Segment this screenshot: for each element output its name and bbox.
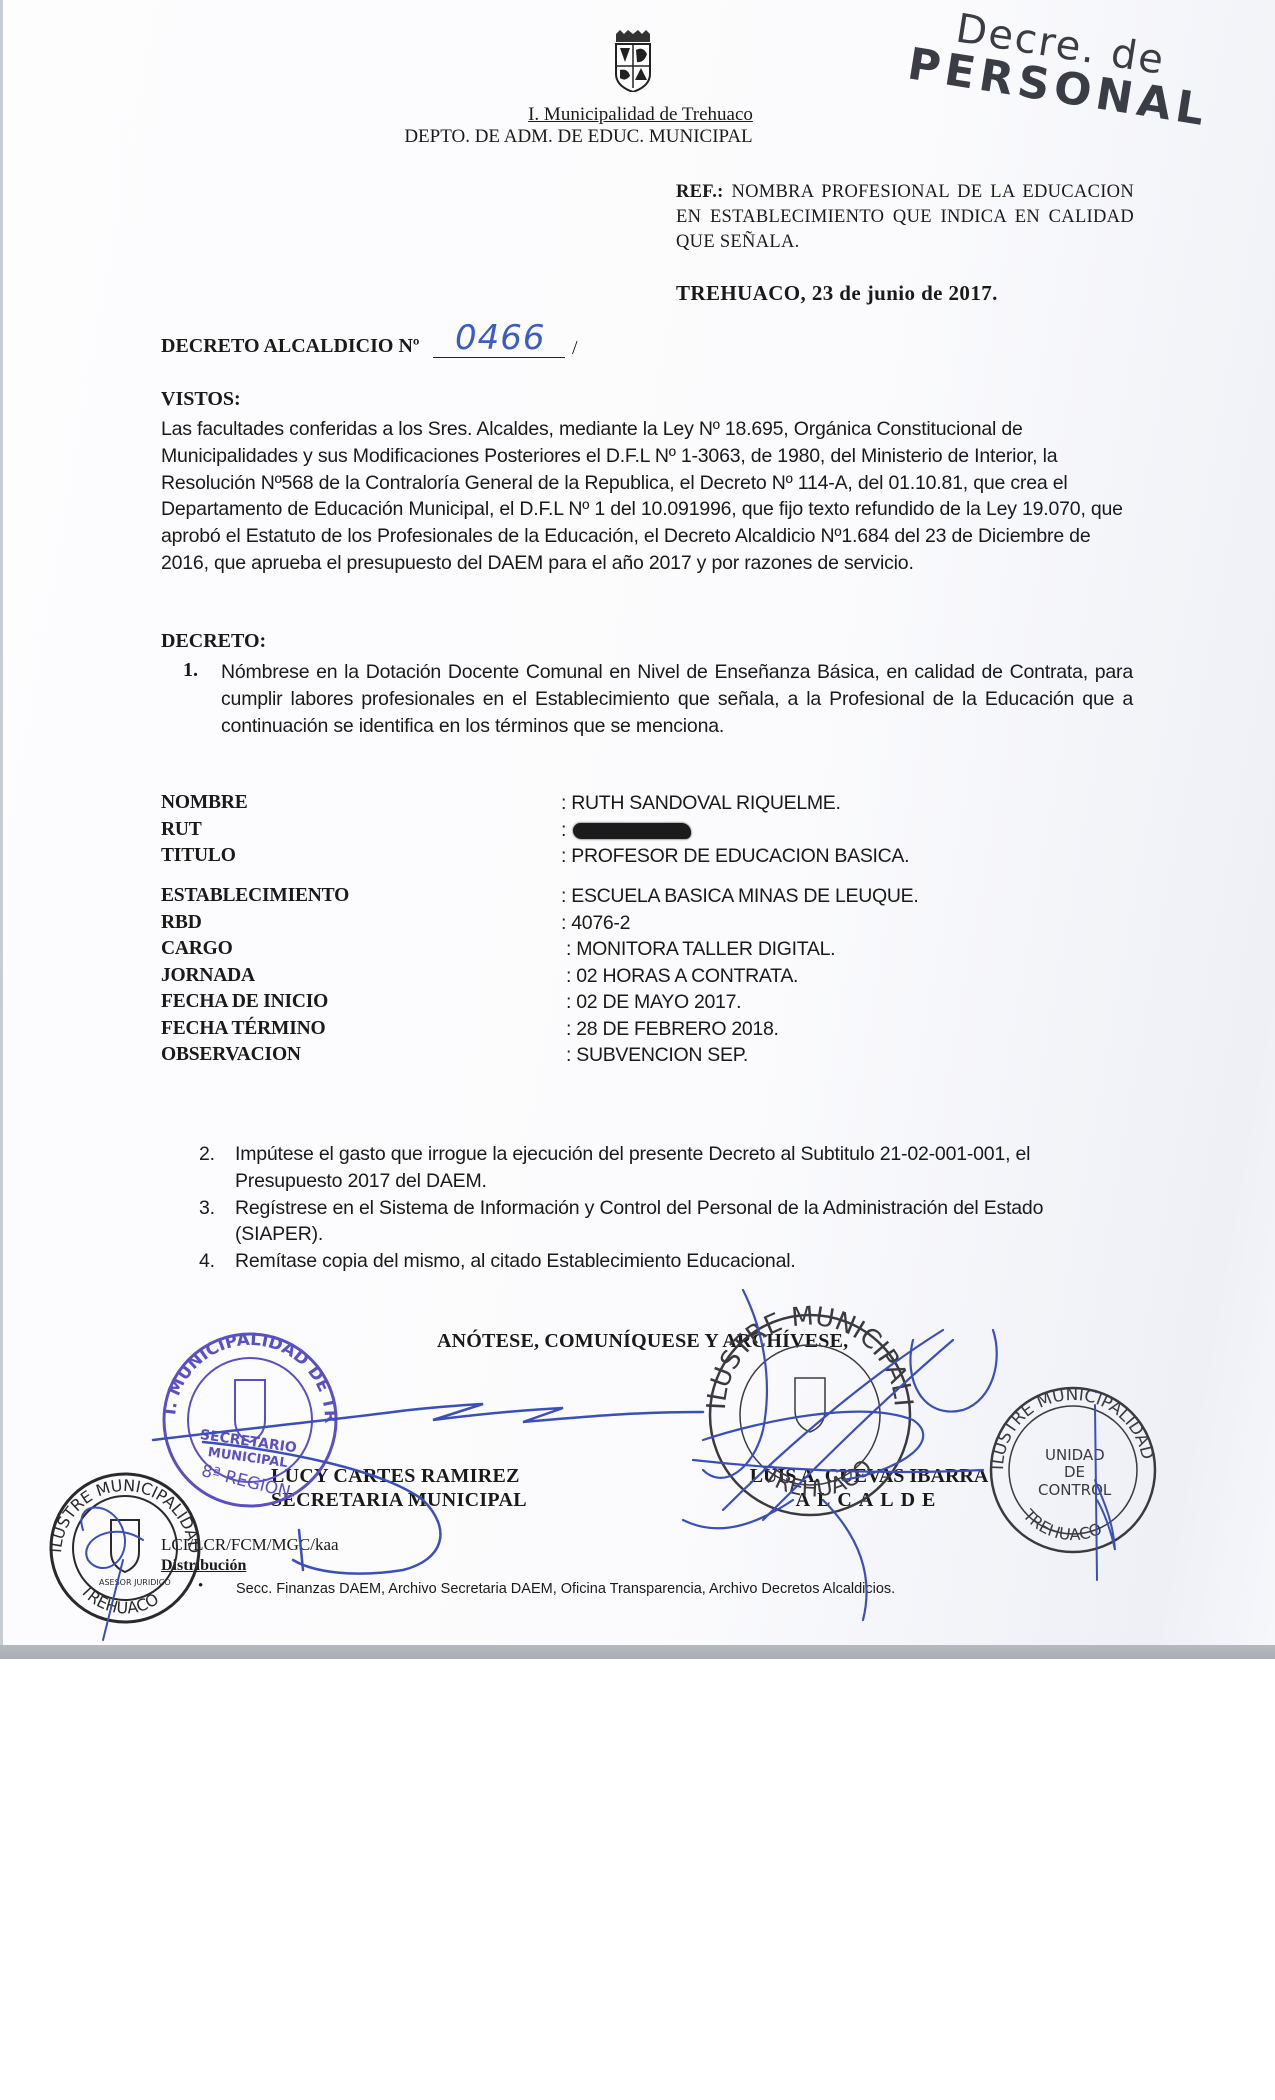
field-value: : MONITORA TALLER DIGITAL. <box>566 938 835 961</box>
field-label: RBD <box>161 912 202 934</box>
svg-text:CONTROL: CONTROL <box>1038 1481 1112 1499</box>
field-value: : SUBVENCION SEP. <box>566 1044 748 1067</box>
field-label: OBSERVACION <box>161 1044 301 1066</box>
decreto-item-text: Nómbrese en la Dotación Docente Comunal … <box>221 659 1133 739</box>
vistos-heading: VISTOS: <box>161 388 241 411</box>
decree-item: 2.Impútese el gasto que irrogue la ejecu… <box>199 1141 1134 1195</box>
field-label: CARGO <box>161 938 233 960</box>
decree-number-suffix: / <box>572 337 578 360</box>
decree-item-text: Remítase copia del mismo, al citado Esta… <box>235 1250 796 1272</box>
document-page: I. Municipalidad de Trehuaco DEPTO. DE A… <box>0 0 1275 1645</box>
svg-text:UNIDAD: UNIDAD <box>1045 1446 1105 1464</box>
field-value: : 02 HORAS A CONTRATA. <box>566 965 798 988</box>
distribution-bullet: • <box>198 1578 203 1595</box>
reference-label: REF.: <box>676 182 724 202</box>
field-row: JORNADA: 02 HORAS A CONTRATA. <box>161 965 1061 991</box>
field-row: CARGO: MONITORA TALLER DIGITAL. <box>161 938 1061 964</box>
field-row: ESTABLECIMIENTO: ESCUELA BASICA MINAS DE… <box>161 885 1061 911</box>
decree-items-list: 2.Impútese el gasto que irrogue la ejecu… <box>199 1141 1134 1275</box>
field-row: NOMBRE: RUTH SANDOVAL RIQUELME. <box>161 792 1061 818</box>
mayor-name: LUIS A. CUEVAS IBARRA <box>743 1464 995 1488</box>
closing-formula: ANÓTESE, COMUNÍQUESE Y ARCHÍVESE, <box>437 1330 848 1353</box>
decree-item-number: 2. <box>199 1141 215 1168</box>
svg-text:DE: DE <box>1064 1463 1085 1481</box>
field-row: FECHA DE INICIO: 02 DE MAYO 2017. <box>161 991 1061 1017</box>
page-bottom-edge <box>0 1645 1275 1659</box>
secretary-title: SECRETARIA MUNICIPAL <box>271 1488 527 1512</box>
distribution-text: Secc. Finanzas DAEM, Archivo Secretaria … <box>236 1581 895 1597</box>
field-row: RUT: <box>161 819 1061 845</box>
control-unit-stamp-icon: ILUSTRE MUNICIPALIDAD TREHUACO UNIDAD DE… <box>988 1385 1157 1552</box>
legal-signature-icon <box>81 1508 143 1641</box>
mayor-signature-block: LUIS A. CUEVAS IBARRA ALCALDE <box>743 1464 995 1512</box>
svg-text:ILUSTRE MUNICIPALIDAD: ILUSTRE MUNICIPALIDAD <box>988 1385 1157 1470</box>
field-value: : <box>561 819 566 842</box>
field-value: : PROFESOR DE EDUCACION BASICA. <box>561 845 909 868</box>
control-signature-icon <box>1095 1405 1115 1580</box>
decree-item: 3.Regístrese en el Sistema de Informació… <box>199 1195 1134 1249</box>
mayor-title: ALCALDE <box>743 1488 995 1512</box>
decree-item-text: Regístrese en el Sistema de Información … <box>235 1197 1043 1246</box>
svg-text:TREHUACO: TREHUACO <box>1019 1505 1105 1544</box>
redacted-rut <box>573 823 691 839</box>
decree-number-label: DECRETO ALCALDICIO Nº <box>161 335 420 358</box>
decreto-heading: DECRETO: <box>161 630 266 653</box>
field-row: TITULO: PROFESOR DE EDUCACION BASICA. <box>161 845 1061 871</box>
field-value: : 28 DE FEBRERO 2018. <box>566 1018 779 1041</box>
field-row: OBSERVACION: SUBVENCION SEP. <box>161 1044 1061 1070</box>
svg-text:ASESOR JURIDICO: ASESOR JURIDICO <box>99 1578 171 1587</box>
field-label: TITULO <box>161 845 236 867</box>
field-value: : 02 DE MAYO 2017. <box>566 991 741 1014</box>
decree-item: 4.Remítase copia del mismo, al citado Es… <box>199 1248 1134 1275</box>
distribution-heading: Distribución <box>161 1557 246 1575</box>
field-label: RUT <box>161 819 202 841</box>
field-label: FECHA DE INICIO <box>161 991 328 1013</box>
decree-item-number: 3. <box>199 1195 215 1222</box>
decree-item-number: 4. <box>199 1248 215 1275</box>
field-label: FECHA TÉRMINO <box>161 1018 325 1040</box>
secretary-name: LUCY CARTES RAMIREZ <box>271 1464 527 1488</box>
secretary-stamp-icon: I. MUNICIPALIDAD DE TREHUACO SECRETARIO … <box>3 0 340 1506</box>
municipal-crest-icon <box>610 30 656 92</box>
field-label: ESTABLECIMIENTO <box>161 885 349 907</box>
field-label: NOMBRE <box>161 792 248 814</box>
vistos-paragraph: Las facultades conferidas a los Sres. Al… <box>161 416 1131 577</box>
reference-text: NOMBRA PROFESIONAL DE LA EDUCACION EN ES… <box>676 182 1134 252</box>
field-value: : ESCUELA BASICA MINAS DE LEUQUE. <box>561 885 918 908</box>
secretary-signature-block: LUCY CARTES RAMIREZ SECRETARIA MUNICIPAL <box>271 1464 527 1512</box>
department-name: DEPTO. DE ADM. DE EDUC. MUNICIPAL <box>0 126 1216 148</box>
decree-item-text: Impútese el gasto que irrogue la ejecuci… <box>235 1143 1030 1192</box>
reference-block: REF.: NOMBRA PROFESIONAL DE LA EDUCACION… <box>676 180 1134 255</box>
svg-text:TREHUACO: TREHUACO <box>76 1580 162 1617</box>
field-label: JORNADA <box>161 965 255 987</box>
svg-text:SECRETARIO: SECRETARIO <box>199 1427 298 1456</box>
field-value: : RUTH SANDOVAL RIQUELME. <box>561 792 841 815</box>
field-value: : 4076-2 <box>561 912 630 935</box>
field-row: RBD: 4076-2 <box>161 912 1061 938</box>
decree-number-handwritten: 0466 <box>455 318 546 358</box>
field-row: FECHA TÉRMINO: 28 DE FEBRERO 2018. <box>161 1018 1061 1044</box>
reference-initials: LCI/LCR/FCM/MGC/kaa <box>161 1535 339 1555</box>
date-line: TREHUACO, 23 de junio de 2017. <box>676 281 998 306</box>
decreto-item-number: 1. <box>183 659 198 682</box>
